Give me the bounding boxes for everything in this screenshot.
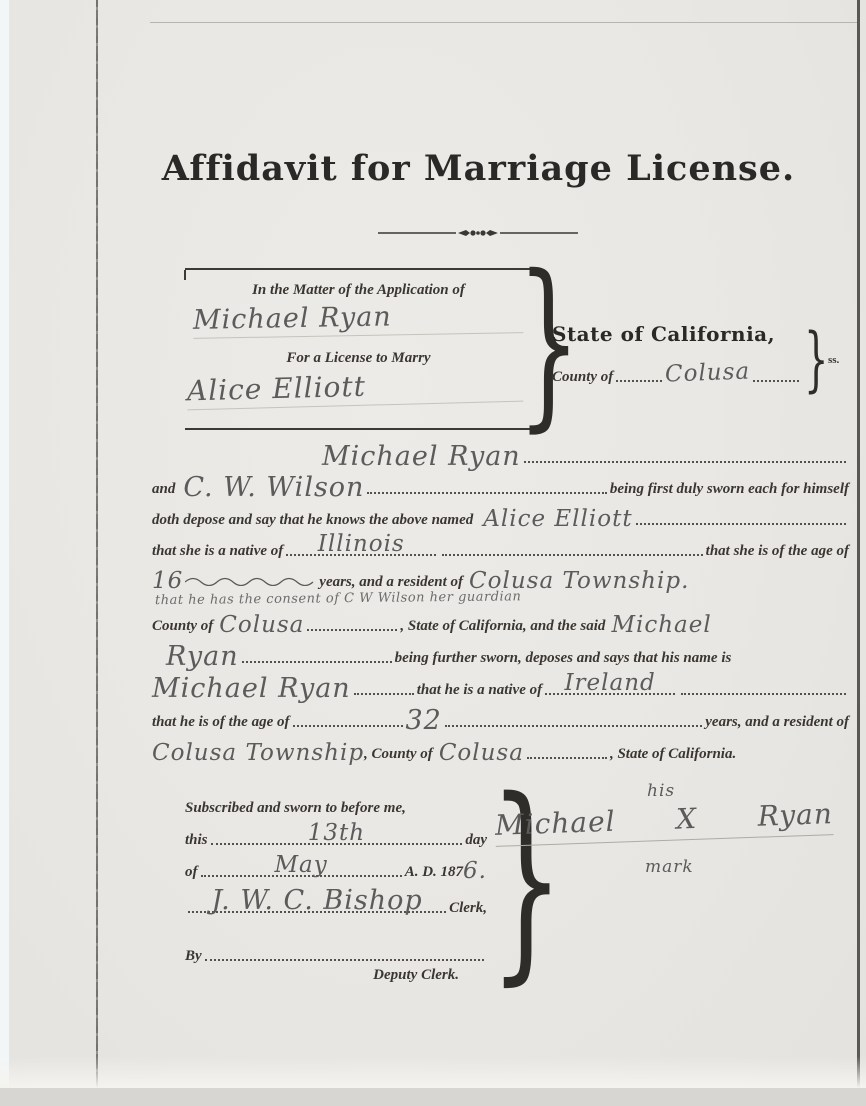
jurat-line-4: J. W. C. Bishop Clerk, xyxy=(185,881,487,917)
application-heading: In the Matter of the Application of xyxy=(185,282,532,299)
printed-text: By xyxy=(185,948,202,965)
applicant-name-handwritten: Michael Ryan xyxy=(193,299,524,339)
groom-nativity-handwritten: Ireland xyxy=(545,673,675,695)
affidavit-body: Michael Ryan and C. W. Wilson being firs… xyxy=(152,436,849,763)
affidavit-line-4: that she is a native of Illinois that sh… xyxy=(152,529,849,560)
document-content: Affidavit for Marriage License. In the M… xyxy=(97,0,860,1106)
affidavit-line-7: Ryan being further sworn, deposes and sa… xyxy=(152,635,849,667)
deponent-name-handwritten: Michael Ryan xyxy=(322,447,521,467)
printed-text: that she is of the age of xyxy=(706,543,849,560)
printed-text: of xyxy=(185,864,198,881)
dotted-rule xyxy=(367,492,606,494)
his-label-handwritten: his xyxy=(647,781,675,801)
dotted-rule xyxy=(205,959,484,961)
groom-age-handwritten: 32 xyxy=(406,711,442,731)
printed-text: that he is a native of xyxy=(417,682,542,699)
printed-text: and xyxy=(152,481,175,498)
deputy-clerk-label: Deputy Clerk. xyxy=(185,967,487,984)
dotted-rule xyxy=(636,523,846,525)
groom-residence-handwritten: Colusa Township xyxy=(152,743,364,763)
printed-text: years, and a resident of xyxy=(319,574,463,591)
jurat-line-3: of May A. D. 187 6. xyxy=(185,849,487,881)
signature-surname: Ryan xyxy=(757,797,833,833)
jurat-line-2: this 13th day xyxy=(185,817,487,849)
page-left-edge xyxy=(0,0,9,1106)
document-title: Affidavit for Marriage License. xyxy=(97,148,860,189)
dotted-rule xyxy=(442,554,702,556)
dotted-rule xyxy=(753,380,799,382)
dotted-rule xyxy=(307,629,397,631)
county-label: County of xyxy=(552,369,613,386)
affidavit-line-1: Michael Ryan xyxy=(152,436,849,467)
signature-first-name: Michael xyxy=(494,805,616,842)
application-subheading: For a License to Marry xyxy=(185,350,532,367)
groom-name-handwritten: Michael Ryan xyxy=(152,679,351,699)
groom-first-name-handwritten: Michael xyxy=(611,615,711,635)
jurat-line-5: By xyxy=(185,933,487,965)
bride-name-handwritten: Alice Elliott xyxy=(483,509,632,529)
printed-text: years, and a resident of xyxy=(705,714,849,731)
dotted-rule xyxy=(524,461,846,463)
dotted-rule xyxy=(293,725,403,727)
dotted-rule xyxy=(616,380,662,382)
affidavit-line-6: County of Colusa , State of California, … xyxy=(152,603,849,635)
county-value-handwritten: Colusa xyxy=(665,359,751,388)
printed-text: being first duly sworn each for himself xyxy=(610,481,849,498)
spouse-name-handwritten: Alice Elliott xyxy=(187,366,524,411)
month-value-handwritten: May xyxy=(201,855,402,877)
printed-text: Subscribed and sworn to before me, xyxy=(185,800,406,817)
nativity-value-handwritten: Illinois xyxy=(286,534,436,556)
venue-brace xyxy=(804,328,849,390)
witness-name-handwritten: C. W. Wilson xyxy=(183,478,364,498)
dotted-rule xyxy=(354,693,414,695)
printed-text: day xyxy=(465,832,487,849)
county-line: County of Colusa xyxy=(552,360,802,386)
printed-text: that he is of the age of xyxy=(152,714,290,731)
day-value-handwritten: 13th xyxy=(211,823,463,845)
application-box: In the Matter of the Application of Mich… xyxy=(185,268,532,430)
printed-text: Clerk, xyxy=(449,900,487,917)
printed-text: County of xyxy=(152,618,213,635)
county-value-handwritten: Colusa xyxy=(219,615,304,635)
age-value-handwritten: 16 xyxy=(152,571,183,591)
jurat-line-1: Subscribed and sworn to before me, xyxy=(185,785,487,817)
printed-text: , State of California. xyxy=(610,746,736,763)
ss-abbreviation: ss. xyxy=(828,354,839,366)
dotted-rule xyxy=(445,725,702,727)
signature-x-mark: X xyxy=(676,802,698,836)
printed-text: this xyxy=(185,832,208,849)
year-suffix-handwritten: 6. xyxy=(463,861,487,881)
scanned-affidavit-page: Affidavit for Marriage License. In the M… xyxy=(0,0,866,1106)
printed-text: , State of California, and the said xyxy=(400,618,605,635)
jurat-block: Subscribed and sworn to before me, this … xyxy=(185,785,487,984)
groom-surname-handwritten: Ryan xyxy=(166,647,239,667)
venue-block: State of California, County of Colusa ss… xyxy=(552,322,852,386)
printed-text: that she is a native of xyxy=(152,543,283,560)
printed-text: doth depose and say that he knows the ab… xyxy=(152,512,473,529)
printed-text: being further sworn, deposes and says th… xyxy=(395,650,732,667)
printed-text: , County of xyxy=(364,746,433,763)
handwritten-squiggle xyxy=(185,576,315,586)
printed-text: A. D. 187 xyxy=(405,864,463,881)
clerk-signature-handwritten: J. W. C. Bishop xyxy=(188,891,446,913)
dotted-rule xyxy=(681,693,846,695)
dotted-rule xyxy=(242,661,392,663)
mark-label-handwritten: mark xyxy=(645,857,694,877)
affidavit-line-8: Michael Ryan that he is a native of Irel… xyxy=(152,667,849,699)
